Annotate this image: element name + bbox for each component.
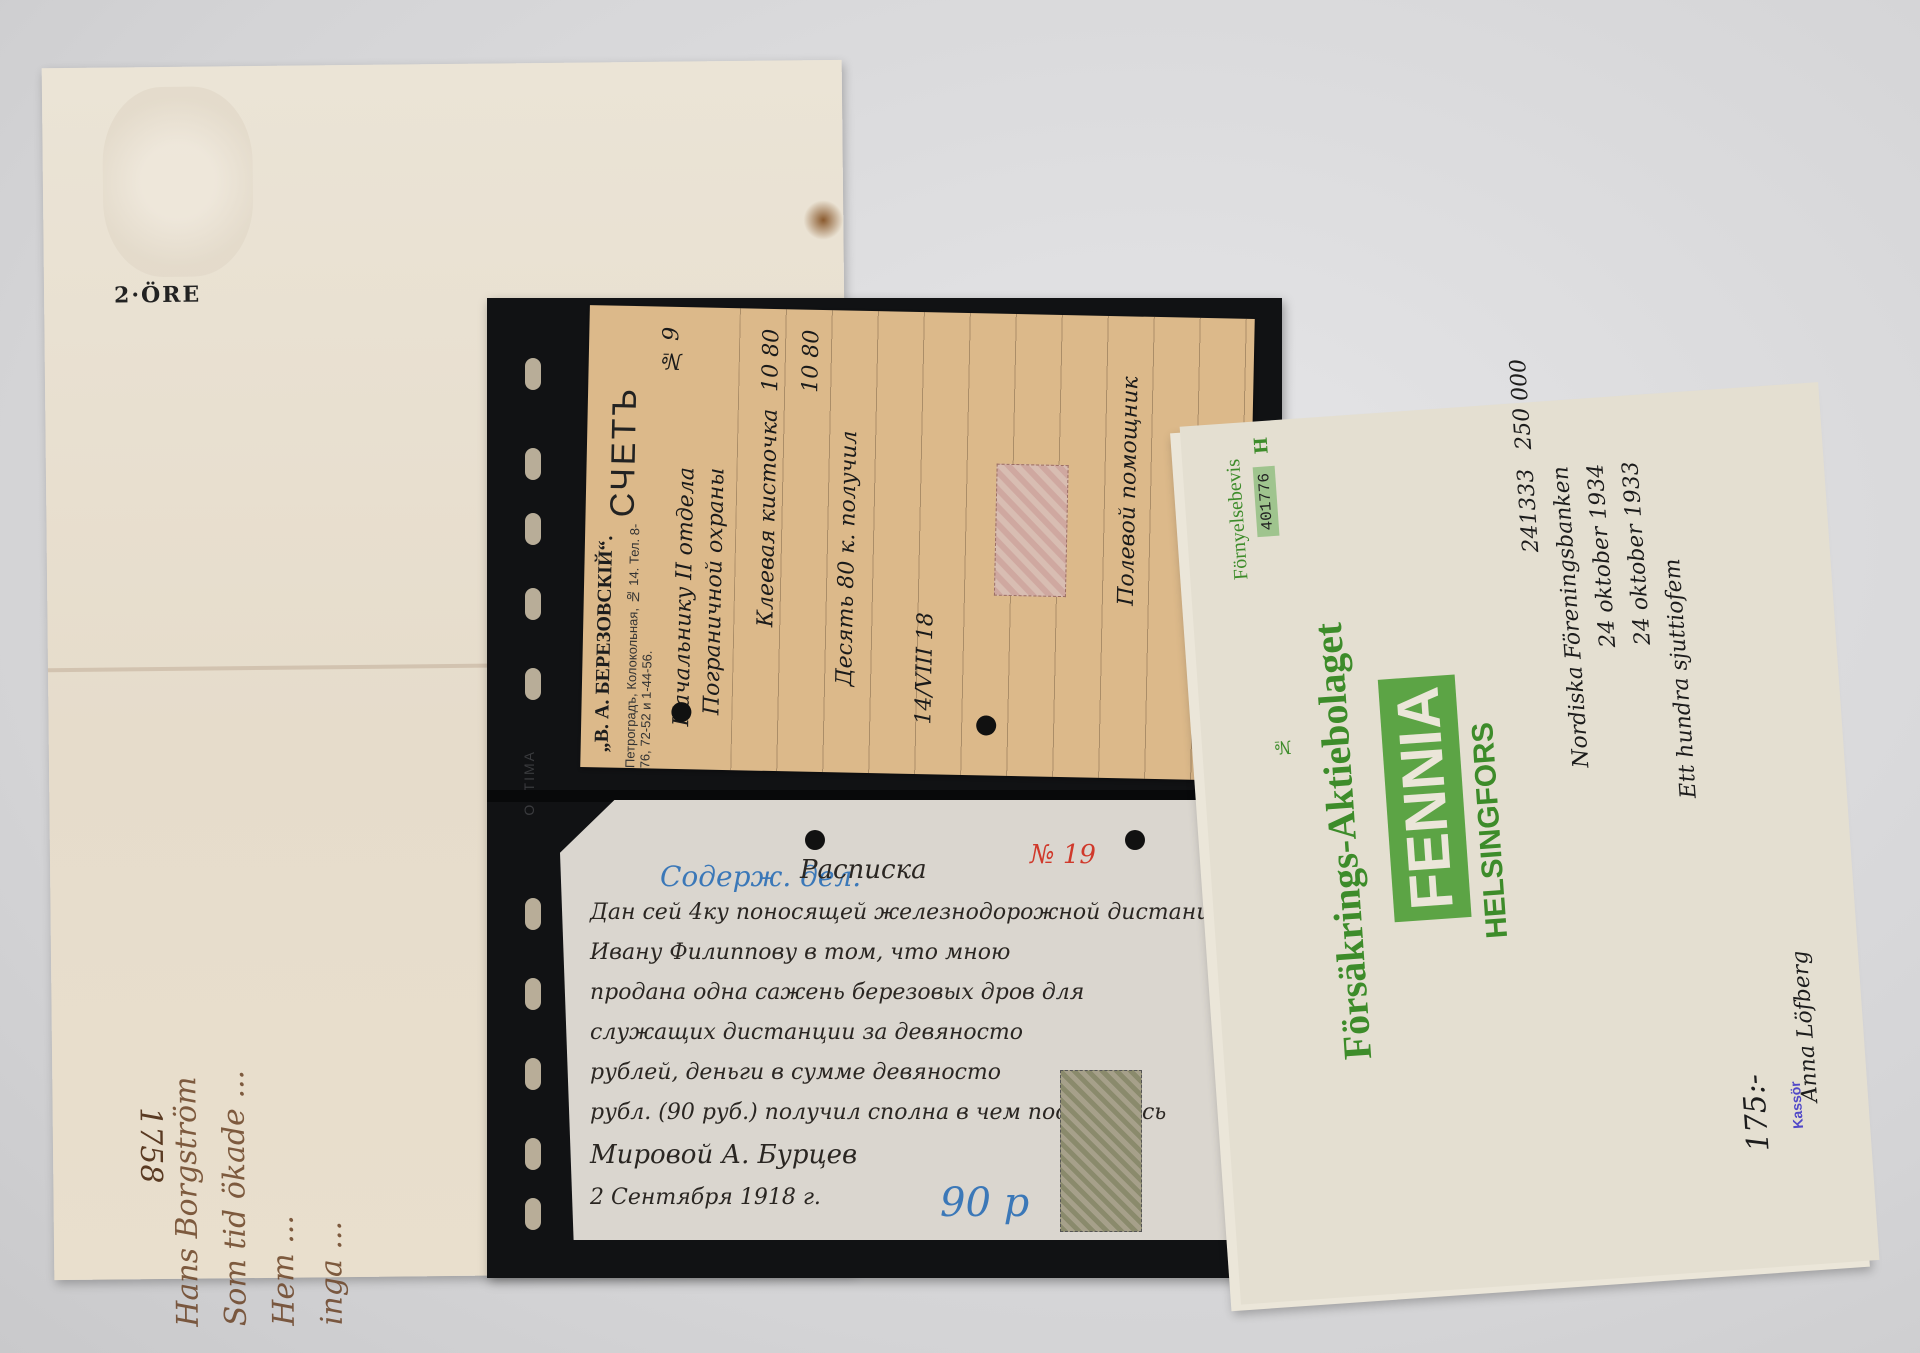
script-line: inga ... [298,325,356,1325]
sleeve-hole [525,1058,541,1090]
receipt-amount: 90 р [940,1180,1029,1226]
sleeve-hole [525,898,541,930]
bill-hand-line: 14/VIII 18 [911,612,938,725]
bill-title: СЧЕТЪ [603,385,645,517]
punch-hole [1125,830,1145,850]
bill-hand-line: Клеевая кисточка [753,409,783,628]
sleeve-hole [525,588,541,620]
receipt-line: продана одна сажень березовых дров для [590,980,1084,1005]
handwritten-text: Hans Borgström Som tid ökade ... Hem ...… [154,325,356,1327]
receipt-line: рублей, деньги в сумме девяносто [590,1060,1001,1085]
receipt-date: 2 Сентября 1918 г. [590,1185,821,1210]
sleeve-hole [525,668,541,700]
stain [803,200,843,240]
bill-number: № 9 [659,327,685,374]
bill-hand-line: Пограничной охраны [699,468,729,716]
sleeve-brand: OPTIMA [521,750,537,816]
sleeve-hole [525,358,541,390]
receipt-line: Ивану Филиппову в том, что мною [590,940,1010,965]
bill-hand-line: Полевой помощник [1114,376,1144,606]
sleeve-hole [525,448,541,480]
sleeve-hole [525,1198,541,1230]
fennia-card: Förnyelsebevis № 401776 H Försäkrings-Ak… [1170,389,1870,1312]
receipt-title: Расписка [800,855,927,885]
russian-bill: СЧЕТЪ „В. А. БЕРЕЗОВСКІЙ“. Петроградъ, К… [580,305,1255,781]
bill-firm: „В. А. БЕРЕЗОВСКІЙ“. [591,535,619,752]
red-note: № 19 [1030,840,1096,870]
hand-premium: 175:- [1736,1073,1776,1153]
russian-receipt: Содерж. дел. Расписка № 19 Дан сей 4ку п… [560,800,1240,1240]
series-letter: H [1251,436,1273,454]
cashier-stamp: Kassör [1787,1081,1806,1129]
revenue-stamp [994,464,1069,597]
sleeve-hole [525,978,541,1010]
bill-hand-line: 10 80 [798,329,824,392]
revenue-stamp [1060,1070,1142,1232]
punch-hole [805,830,825,850]
bill-hand-line: Десять 80 к. получил [832,430,862,686]
sleeve-hole [525,1138,541,1170]
margin-year: 1758 [133,1107,169,1184]
number-label: № [1272,736,1294,758]
bill-hand-line: Начальнику II отдела [669,467,699,727]
bill-hand-line: 10 80 [758,329,784,392]
receipt-line: Дан сей 4ку поносящей железнодорожной ди… [590,900,1240,925]
receipt-line: служащих дистанции за девяносто [590,1020,1023,1045]
bill-address: Петроградъ, Колокольная, № 14. Тел. 8-76… [622,506,657,769]
sleeve-hole [525,513,541,545]
stamp-text: 2·ÖRE [114,282,201,309]
embossed-seal [102,86,254,278]
receipt-signature: Мировой А. Бурцев [590,1140,857,1170]
